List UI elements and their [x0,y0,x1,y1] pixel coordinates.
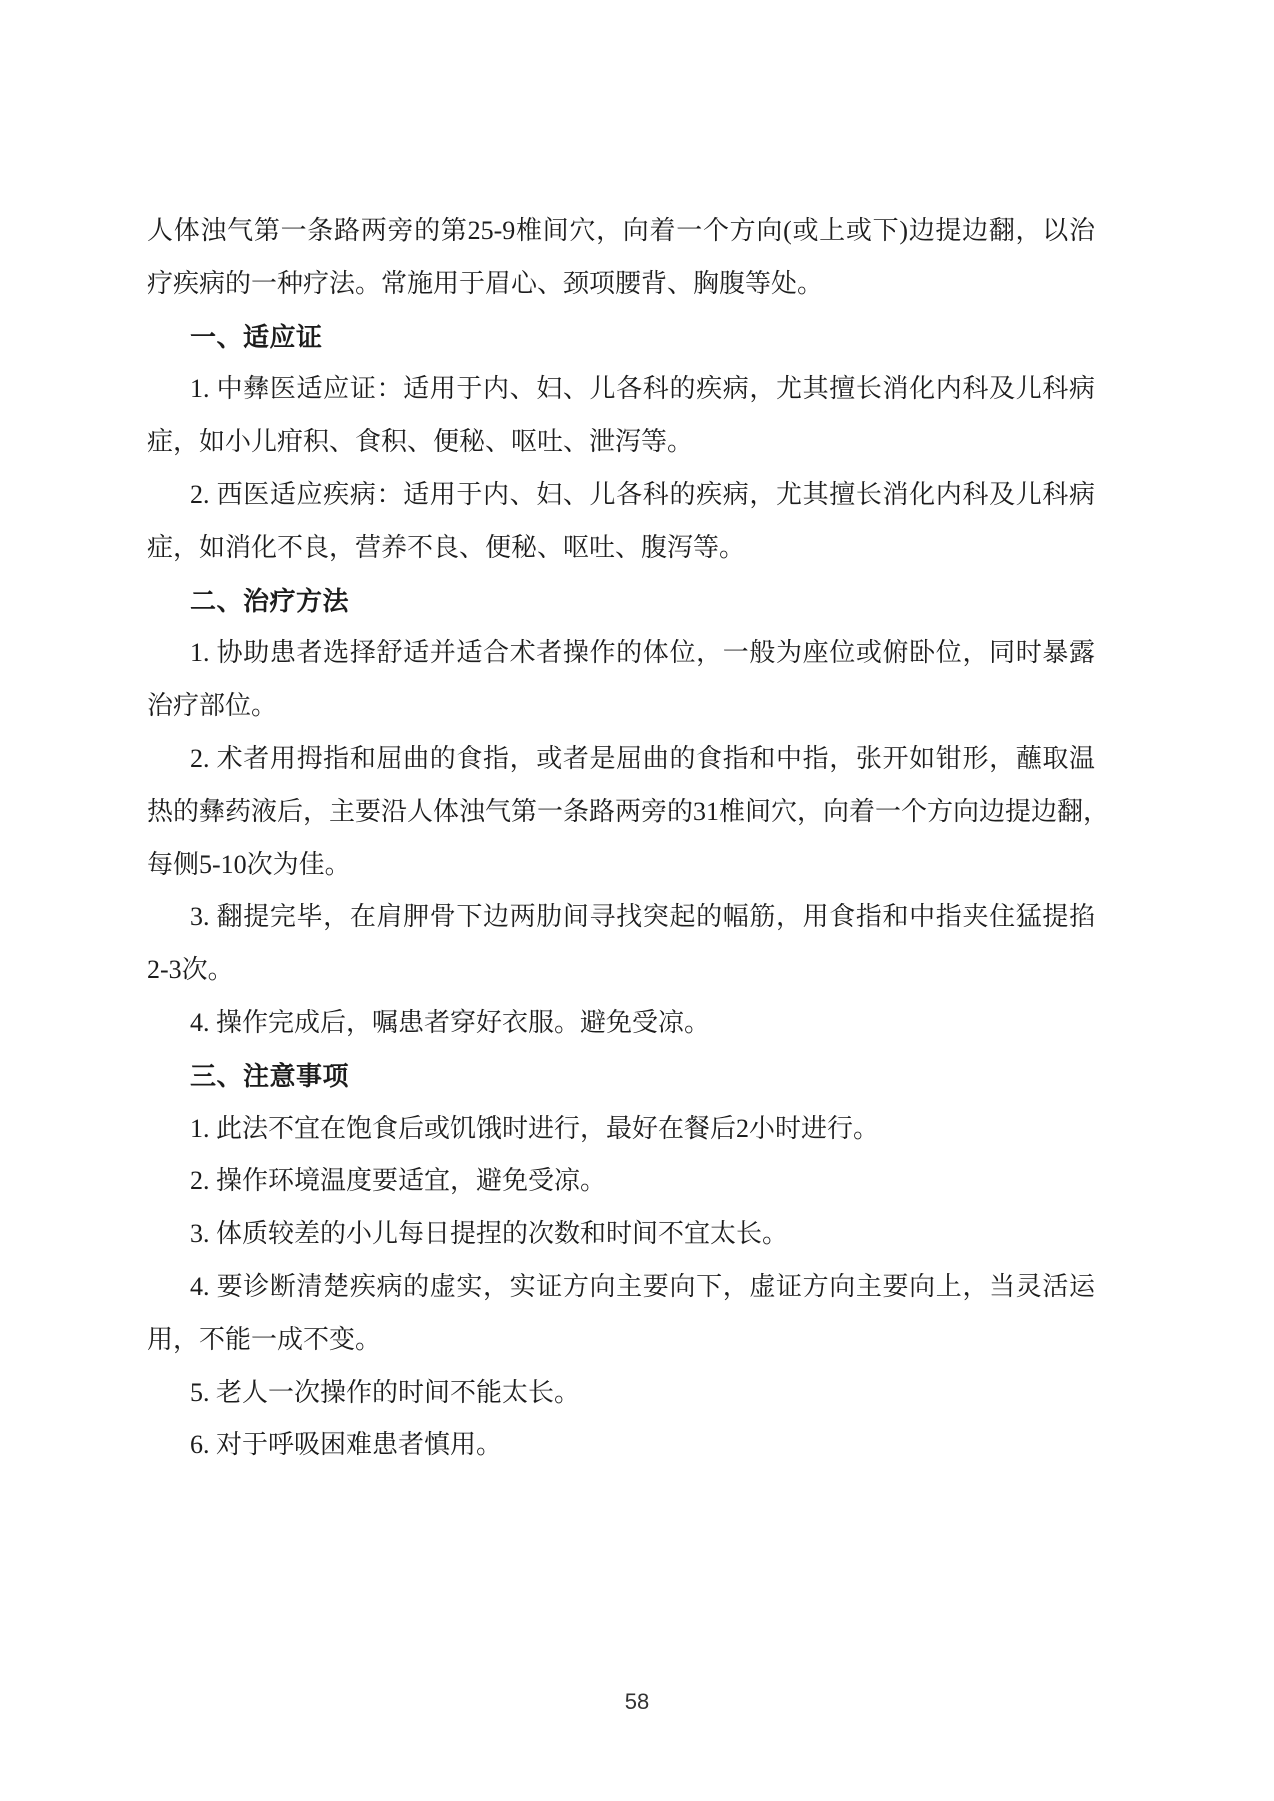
text-line: 疗疾病的一种疗法。常施用于眉心、颈项腰背、胸腹等处。 [147,258,1095,311]
text-line: 每侧5-10次为佳。 [147,839,1095,892]
text-line: 6. 对于呼吸困难患者慎用。 [147,1419,1095,1472]
text-line: 症，如消化不良，营养不良、便秘、呕吐、腹泻等。 [147,522,1095,575]
text-line: 3. 翻提完毕，在肩胛骨下边两肋间寻找突起的幅筋，用食指和中指夹住猛提掐 [147,891,1095,944]
text-line: 2. 西医适应疾病：适用于内、妇、儿各科的疾病，尤其擅长消化内科及儿科病 [147,469,1095,522]
text-line: 3. 体质较差的小儿每日提捏的次数和时间不宜太长。 [147,1208,1095,1261]
text-line: 症，如小儿疳积、食积、便秘、呕吐、泄泻等。 [147,416,1095,469]
text-line: 4. 要诊断清楚疾病的虚实，实证方向主要向下，虚证方向主要向上，当灵活运 [147,1261,1095,1314]
section-heading: 一、适应证 [147,311,1095,364]
text-line: 1. 中彝医适应证：适用于内、妇、儿各科的疾病，尤其擅长消化内科及儿科病 [147,363,1095,416]
document-page: 人体浊气第一条路两旁的第25-9椎间穴，向着一个方向(或上或下)边提边翻，以治疗… [0,0,1274,1801]
text-line: 4. 操作完成后，嘱患者穿好衣服。避免受凉。 [147,997,1095,1050]
document-body: 人体浊气第一条路两旁的第25-9椎间穴，向着一个方向(或上或下)边提边翻，以治疗… [147,205,1095,1472]
text-line: 2. 操作环境温度要适宜，避免受凉。 [147,1155,1095,1208]
text-line: 热的彝药液后，主要沿人体浊气第一条路两旁的31椎间穴，向着一个方向边提边翻， [147,786,1095,839]
text-line: 1. 协助患者选择舒适并适合术者操作的体位，一般为座位或俯卧位，同时暴露 [147,627,1095,680]
text-line: 2-3次。 [147,944,1095,997]
text-line: 1. 此法不宜在饱食后或饥饿时进行，最好在餐后2小时进行。 [147,1103,1095,1156]
section-heading: 二、治疗方法 [147,575,1095,628]
section-heading: 三、注意事项 [147,1050,1095,1103]
page-number: 58 [0,1689,1274,1715]
text-line: 人体浊气第一条路两旁的第25-9椎间穴，向着一个方向(或上或下)边提边翻，以治 [147,205,1095,258]
text-line: 5. 老人一次操作的时间不能太长。 [147,1367,1095,1420]
text-line: 2. 术者用拇指和屈曲的食指，或者是屈曲的食指和中指，张开如钳形，蘸取温 [147,733,1095,786]
text-line: 治疗部位。 [147,680,1095,733]
text-line: 用，不能一成不变。 [147,1314,1095,1367]
